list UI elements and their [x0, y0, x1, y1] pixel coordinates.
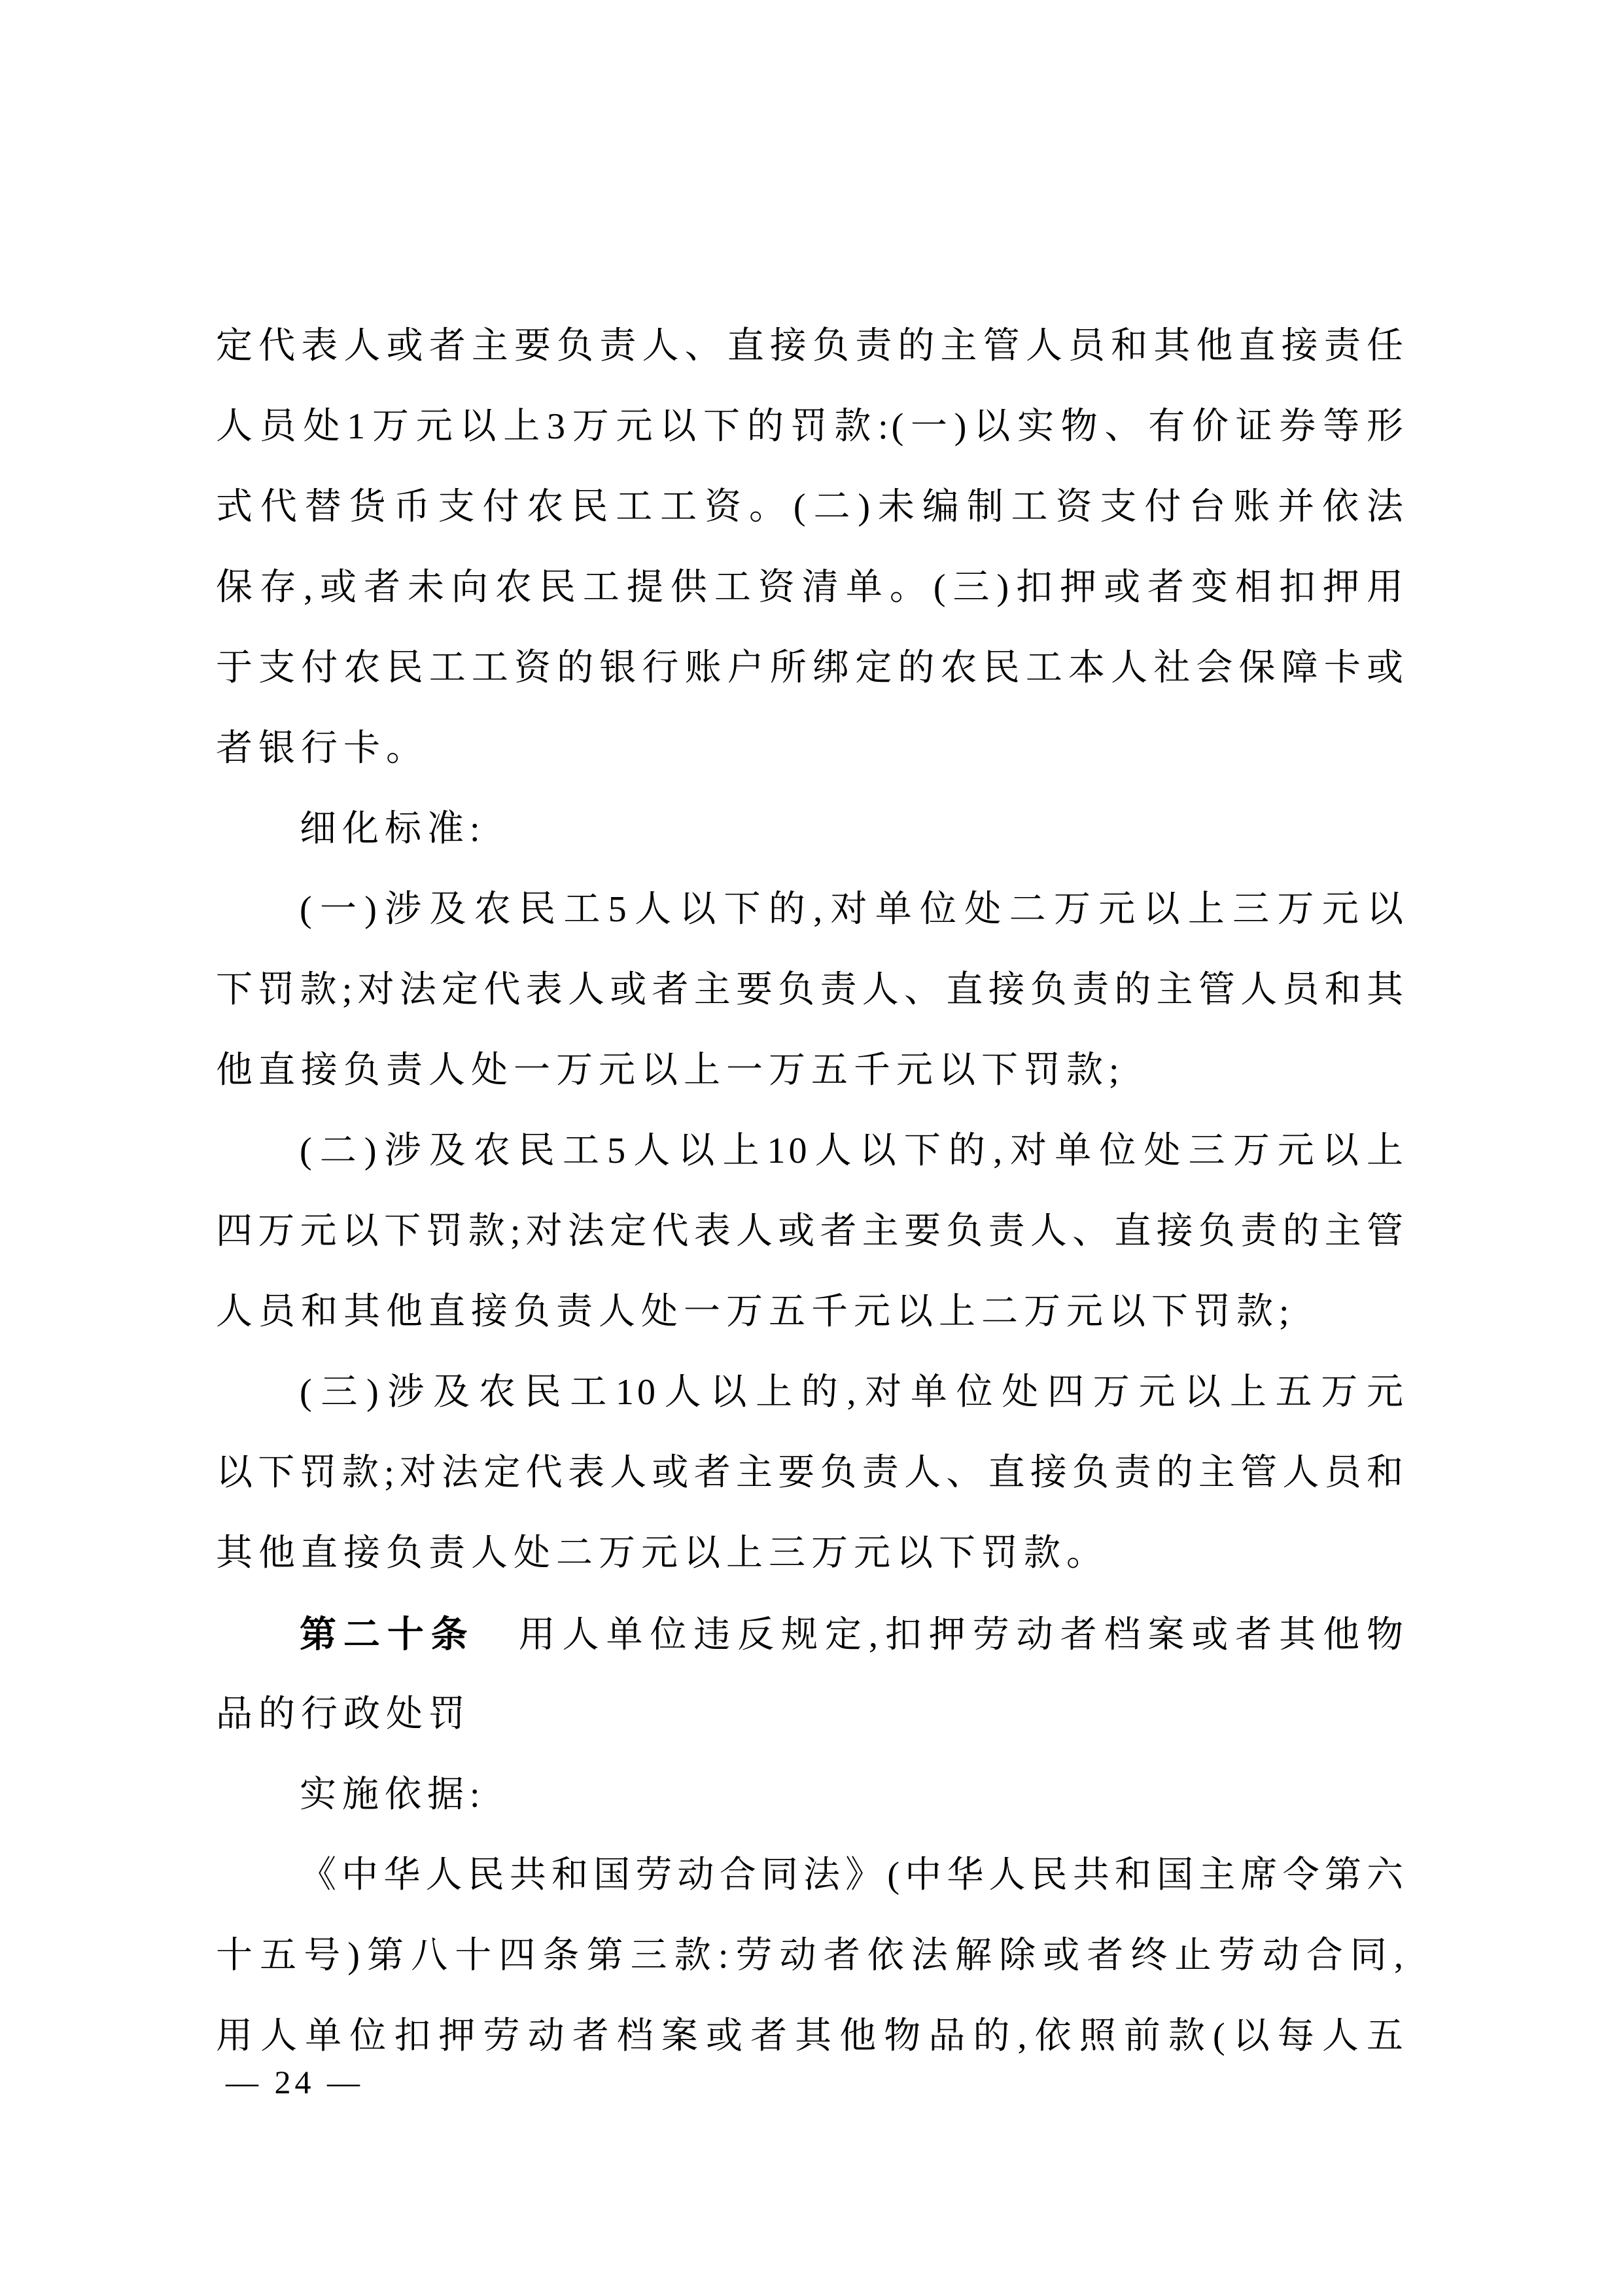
text-line: 保存,或者未向农民工提供工资清单。(三)扣押或者变相扣押用	[216, 548, 1406, 628]
text-line: 四万元以下罚款;对法定代表人或者主要负责人、直接负责的主管	[216, 1192, 1406, 1272]
text-line: (二)涉及农民工5人以上10人以下的,对单位处三万元以上	[216, 1111, 1406, 1192]
text-line: 其他直接负责人处二万元以上三万元以下罚款。	[216, 1513, 1406, 1594]
article-line: 第二十条 用人单位违反规定,扣押劳动者档案或者其他物	[216, 1594, 1406, 1674]
text-line: 《中华人民共和国劳动合同法》(中华人民共和国主席令第六	[216, 1835, 1406, 1916]
article-title-text: 用人单位违反规定,扣押劳动者档案或者其他物	[475, 1615, 1406, 1655]
text-line: 品的行政处罚	[216, 1674, 1406, 1755]
page-number: — 24 —	[226, 2062, 364, 2102]
text-line: (三)涉及农民工10人以上的,对单位处四万元以上五万元	[216, 1352, 1406, 1433]
text-line: 于支付农民工工资的银行账户所绑定的农民工本人社会保障卡或	[216, 628, 1406, 709]
text-line: 式代替货币支付农民工工资。(二)未编制工资支付台账并依法	[216, 467, 1406, 548]
text-line: 定代表人或者主要负责人、直接负责的主管人员和其他直接责任	[216, 306, 1406, 387]
text-line: 十五号)第八十四条第三款:劳动者依法解除或者终止劳动合同,	[216, 1916, 1406, 1996]
text-line: 者银行卡。	[216, 709, 1406, 789]
section-label: 细化标准:	[216, 789, 1406, 870]
text-line: 下罚款;对法定代表人或者主要负责人、直接负责的主管人员和其	[216, 950, 1406, 1031]
document-page: 定代表人或者主要负责人、直接负责的主管人员和其他直接责任 人员处1万元以上3万元…	[0, 0, 1623, 2296]
text-line: 人员和其他直接负责人处一万五千元以上二万元以下罚款;	[216, 1272, 1406, 1352]
text-line: 人员处1万元以上3万元以下的罚款:(一)以实物、有价证券等形	[216, 387, 1406, 467]
section-label: 实施依据:	[216, 1755, 1406, 1835]
article-heading: 第二十条	[300, 1614, 475, 1655]
text-line: 以下罚款;对法定代表人或者主要负责人、直接负责的主管人员和	[216, 1433, 1406, 1513]
text-line: 用人单位扣押劳动者档案或者其他物品的,依照前款(以每人五	[216, 1996, 1406, 2077]
text-line: 他直接负责人处一万元以上一万五千元以下罚款;	[216, 1031, 1406, 1111]
text-line: (一)涉及农民工5人以下的,对单位处二万元以上三万元以	[216, 870, 1406, 950]
document-body: 定代表人或者主要负责人、直接负责的主管人员和其他直接责任 人员处1万元以上3万元…	[216, 306, 1406, 2077]
